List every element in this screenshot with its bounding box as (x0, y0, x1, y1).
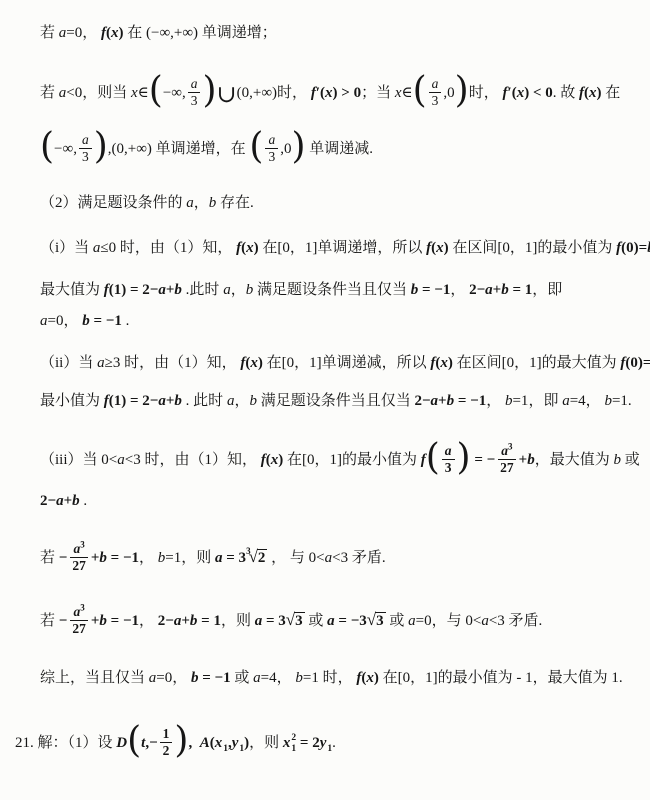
text-run: 若 (40, 25, 59, 41)
fraction: a3 (429, 76, 442, 108)
big-paren: ) (455, 75, 469, 107)
math-variable: a (40, 313, 48, 329)
text-run: ，则 (221, 610, 255, 632)
math-variable: a (59, 82, 67, 104)
math-variable: x (325, 82, 333, 104)
big-paren: ( (426, 442, 440, 474)
scripted-variable: y1 (232, 732, 244, 754)
text-run: 则当 (97, 82, 131, 104)
big-paren: ) (457, 442, 471, 474)
text-run: 故 (560, 82, 579, 104)
text-run: 单调递增，在 (152, 138, 250, 160)
math-literal: ,0 (443, 82, 454, 104)
math-literal: ≥3 (105, 355, 121, 371)
radical-sign: √ (367, 611, 376, 629)
text-run: ， (139, 547, 158, 569)
script-stack: 1 (223, 734, 228, 755)
text-run: ，则 (181, 547, 215, 569)
text-run: ， (139, 610, 158, 632)
math-variable: b (295, 670, 303, 686)
text-line-2: 若 a<0，则当 x∈(−∞,a3)∪(0,+∞)时， f′(x) > 0；当 … (40, 65, 644, 121)
math-literal: =0， (66, 25, 97, 41)
math-variable: b (99, 610, 107, 632)
text-run: ，即 (528, 393, 562, 409)
math-variable: x (250, 355, 258, 371)
math-literal: ∈ (138, 82, 149, 104)
math-literal: + (493, 282, 502, 298)
math-literal: = 2 (296, 732, 320, 754)
math-literal: + (91, 547, 100, 569)
math-variable: a (158, 282, 166, 298)
math-variable: b (99, 547, 107, 569)
math-literal: = −1 (107, 547, 139, 569)
text-run: ，最大值为 (535, 449, 614, 471)
radical-sign: √ (249, 548, 258, 566)
text-line-13: 若 −a327+b = −1， 2−a+b = 1，则 a = 3√3 或 a … (40, 593, 644, 649)
math-variable: b (174, 282, 182, 298)
text-line-8: （ii）当 a≥3 时，由（1）知， f(x) 在[0，1]单调递减，所以 f(… (40, 350, 644, 376)
math-literal: . (80, 493, 88, 509)
text-run: 时， (277, 82, 311, 104)
text-run: （ii）当 (40, 355, 97, 371)
math-literal: (1) = 2− (109, 393, 159, 409)
text-run: 最大值为 (40, 282, 104, 298)
math-variable: b (190, 610, 198, 632)
math-literal: <0， (66, 82, 97, 104)
text-run: 综上，当且仅当 (40, 670, 149, 686)
text-run: . (628, 393, 632, 409)
document-page: 若 a=0， f(x) 在 (−∞,+∞) 单调递增；若 a<0，则当 x∈(−… (0, 0, 650, 800)
math-literal: ) < 0 (524, 82, 553, 104)
text-run: 在 (602, 82, 621, 104)
text-run: 时，由（1）知， (120, 355, 240, 371)
text-run: ；当 (361, 82, 395, 104)
text-line-4: （2）满足题设条件的 a，b 存在. (40, 190, 644, 216)
text-run: 单调递增； (198, 25, 277, 41)
math-variable: a (253, 670, 261, 686)
math-variable: D (116, 732, 127, 754)
math-literal: =0 (416, 610, 432, 632)
math-literal: + (438, 393, 447, 409)
text-run: . 此时 (182, 393, 227, 409)
math-variable: a (255, 610, 263, 632)
math-literal: (0)= (621, 240, 647, 256)
text-run: ，与 (432, 610, 466, 632)
text-run: 若 (40, 610, 59, 632)
text-run: ， (172, 670, 191, 686)
text-line-15: 21. 解：（1）设 D(t,−12), A(x1,y1)，则 x21 = 2y… (15, 715, 644, 771)
text-run: 单调递减. (306, 138, 374, 160)
math-variable: a (431, 393, 439, 409)
text-line-10: （iii）当 0<a<3 时，由（1）知， f(x) 在[0，1]的最小值为 f… (40, 432, 644, 488)
math-literal: =4 (261, 670, 277, 686)
math-literal: = − (471, 449, 496, 471)
text-line-7: a=0， b = −1 . (40, 308, 644, 334)
math-variable: a (408, 610, 416, 632)
text-run: 时， (469, 82, 503, 104)
text-run: ， (234, 393, 249, 409)
text-run: ， (277, 670, 296, 686)
math-literal: . (332, 732, 336, 754)
math-literal: ∈ (402, 82, 413, 104)
math-literal: =0， (48, 313, 79, 329)
text-run: 时，由（1）知， (116, 240, 236, 256)
math-variable: x (517, 82, 525, 104)
math-literal: ,(0,+∞) (108, 138, 152, 160)
math-variable: a (174, 610, 182, 632)
script-base: y (232, 732, 239, 754)
text-run: 最小值为 (40, 393, 104, 409)
text-run (192, 732, 200, 754)
radical-sign: √ (286, 611, 295, 629)
math-variable: x (436, 240, 444, 256)
radicand: 3 (375, 612, 386, 630)
radicand: 3 (294, 612, 305, 630)
math-literal: =0 (156, 670, 172, 686)
math-literal: <3 (489, 610, 505, 632)
script-stack: 1 (327, 734, 332, 755)
math-variable: b (249, 393, 257, 409)
big-paren: ( (249, 131, 263, 163)
math-variable: a (562, 393, 570, 409)
math-variable: a (223, 282, 231, 298)
math-variable: x (589, 82, 597, 104)
text-run: ，即 (532, 282, 562, 298)
text-run: （iii）当 (40, 449, 101, 471)
math-literal: (0)= (625, 355, 650, 371)
math-variable: x (440, 355, 448, 371)
math-literal: ≤0 (100, 240, 116, 256)
math-literal: =4 (570, 393, 586, 409)
scripted-variable: x1 (215, 732, 228, 754)
radical: √3 (286, 612, 305, 630)
math-literal: + (91, 610, 100, 632)
radical: 3√2 (246, 549, 267, 567)
script-stack: 21 (291, 733, 296, 755)
script-base: y (320, 732, 327, 754)
math-variable: a (186, 195, 194, 211)
math-variable: a (97, 355, 105, 371)
text-run: 21. 解：（1）设 (15, 732, 116, 754)
math-variable: b (501, 282, 509, 298)
math-literal: <3 (125, 449, 141, 471)
math-literal: − (59, 610, 68, 632)
math-literal: =1 (303, 670, 319, 686)
math-variable: b (174, 393, 182, 409)
math-variable: a (158, 393, 166, 409)
math-variable: b (604, 393, 612, 409)
math-literal: 2− (469, 282, 485, 298)
math-variable: x (395, 82, 402, 104)
text-run: 或 (386, 610, 409, 632)
math-literal: = −1 (199, 670, 231, 686)
math-variable: x (246, 240, 254, 256)
text-run: 在区间[0，1]的最大值为 (453, 355, 621, 371)
math-variable: A (200, 732, 210, 754)
text-line-12: 若 −a327+b = −1， b=1，则 a = 33√2 ， 与 0<a<3… (40, 530, 644, 586)
math-literal: −∞, (54, 138, 77, 160)
text-run: 矛盾. (348, 547, 386, 569)
math-literal: = −1 (454, 393, 486, 409)
math-literal: (−∞,+∞) (146, 25, 198, 41)
text-run: 在[0，1]单调递减，所以 (263, 355, 431, 371)
math-literal: = 3 (262, 610, 286, 632)
math-variable: a (215, 547, 223, 569)
math-literal: =1 (612, 393, 628, 409)
text-run: 或 (305, 610, 328, 632)
math-variable: a (481, 610, 489, 632)
text-run: 存在. (216, 195, 254, 211)
fraction: a327 (69, 604, 89, 636)
fraction: a3 (442, 443, 455, 475)
math-literal: 0< (465, 610, 481, 632)
text-line-9: 最小值为 f(1) = 2−a+b . 此时 a，b 满足题设条件当且仅当 2−… (40, 388, 644, 414)
math-literal: = 3 (223, 547, 247, 569)
big-paren: ( (127, 725, 141, 757)
math-literal: ) > 0 (333, 82, 362, 104)
math-literal: = −3 (335, 610, 367, 632)
text-run: 或 (231, 670, 254, 686)
text-run: ， (231, 282, 246, 298)
math-variable: a (56, 493, 64, 509)
text-line-1: 若 a=0， f(x) 在 (−∞,+∞) 单调递增； (40, 20, 644, 46)
fraction: a327 (69, 541, 89, 573)
big-paren: ) (291, 131, 305, 163)
text-run: （i）当 (40, 240, 93, 256)
math-literal: 0< (101, 449, 117, 471)
math-literal: 2− (158, 610, 174, 632)
math-literal: = 1 (197, 610, 221, 632)
math-literal: + (519, 449, 528, 471)
math-variable: b (447, 393, 455, 409)
math-variable: x (271, 449, 279, 471)
text-line-6: 最大值为 f(1) = 2−a+b .此时 a，b 满足题设条件当且仅当 b =… (40, 277, 644, 303)
math-literal: = −1 (90, 313, 122, 329)
big-paren: ( (40, 131, 54, 163)
fraction: a3 (79, 132, 92, 164)
fraction: 12 (160, 726, 173, 758)
text-run: 若 (40, 82, 59, 104)
document: 若 a=0， f(x) 在 (−∞,+∞) 单调递增；若 a<0，则当 x∈(−… (0, 0, 650, 800)
fraction: a3 (265, 132, 278, 164)
fraction: a327 (497, 443, 517, 475)
text-run: ，则 (249, 732, 283, 754)
math-literal: . (553, 82, 561, 104)
math-literal: . (122, 313, 130, 329)
text-run: 在[0，1]的最小值为 (283, 449, 421, 471)
text-line-14: 综上，当且仅当 a=0， b = −1 或 a=4， b=1 时， f(x) 在… (40, 665, 644, 691)
math-variable: b (191, 670, 199, 686)
scripted-variable: x21 (283, 732, 296, 754)
scripted-variable: y1 (320, 732, 332, 754)
text-line-5: （i）当 a≤0 时，由（1）知， f(x) 在[0，1]单调递增，所以 f(x… (40, 235, 644, 261)
script-stack: 1 (239, 734, 244, 755)
math-literal: + (64, 493, 73, 509)
math-literal: 2− (414, 393, 430, 409)
math-literal: =1 (165, 547, 181, 569)
math-variable: b (82, 313, 90, 329)
text-run: 或 (621, 449, 640, 471)
big-paren: ) (174, 725, 188, 757)
math-variable: x (131, 82, 138, 104)
text-run: 在[0，1]的最小值为 - 1，最大值为 1. (379, 670, 623, 686)
text-run: （2）满足题设条件的 (40, 195, 186, 211)
text-run: 时， (319, 670, 357, 686)
math-literal: −∞, (163, 82, 186, 104)
text-run: ， (486, 393, 505, 409)
math-literal: 0< (309, 547, 325, 569)
math-literal: <3 (332, 547, 348, 569)
text-run: 满足题设条件当且仅当 (257, 393, 415, 409)
math-literal: 2− (40, 493, 56, 509)
math-literal: =1 (512, 393, 528, 409)
math-literal: − (59, 547, 68, 569)
math-literal: (0,+∞) (237, 82, 277, 104)
math-literal: (1) = 2− (109, 282, 159, 298)
text-run: 满足题设条件当且仅当 (253, 282, 411, 298)
text-run: ， 与 (267, 547, 308, 569)
text-run: 在 (123, 25, 146, 41)
math-literal: = 1 (509, 282, 533, 298)
radical: √3 (367, 612, 386, 630)
math-variable: a (485, 282, 493, 298)
math-variable: x (366, 670, 374, 686)
big-paren: ( (413, 75, 427, 107)
text-run: .此时 (182, 282, 223, 298)
math-variable: a (327, 610, 335, 632)
union-symbol: ∪ (217, 83, 237, 107)
text-line-11: 2−a+b . (40, 488, 644, 514)
math-literal: = −1 (418, 282, 450, 298)
text-run: ， (194, 195, 209, 211)
big-paren: ) (94, 131, 108, 163)
text-run: ， (586, 393, 605, 409)
fraction: a3 (188, 76, 201, 108)
text-run: 在区间[0，1]的最小值为 (449, 240, 617, 256)
script-base: x (215, 732, 223, 754)
math-variable: b (158, 547, 166, 569)
script-base: x (283, 732, 291, 754)
math-variable: b (72, 493, 80, 509)
math-variable: a (117, 449, 125, 471)
math-literal: ′( (316, 82, 325, 104)
math-literal: ,0 (280, 138, 291, 160)
math-variable: b (614, 449, 622, 471)
math-variable: a (325, 547, 333, 569)
text-line-3: (−∞,a3),(0,+∞) 单调递增，在 (a3,0) 单调递减. (40, 121, 644, 177)
big-paren: ) (202, 75, 216, 107)
big-paren: ( (149, 75, 163, 107)
text-run: 若 (40, 547, 59, 569)
math-literal: ,− (145, 732, 157, 754)
text-run: 时，由（1）知， (141, 449, 261, 471)
text-run: ， (450, 282, 469, 298)
math-variable: b (527, 449, 535, 471)
math-literal: ′( (507, 82, 516, 104)
text-run: 矛盾. (505, 610, 543, 632)
math-literal: + (181, 610, 190, 632)
text-run: 在[0，1]单调递增，所以 (259, 240, 427, 256)
radicand: 2 (257, 549, 268, 567)
math-literal: = −1 (107, 610, 139, 632)
